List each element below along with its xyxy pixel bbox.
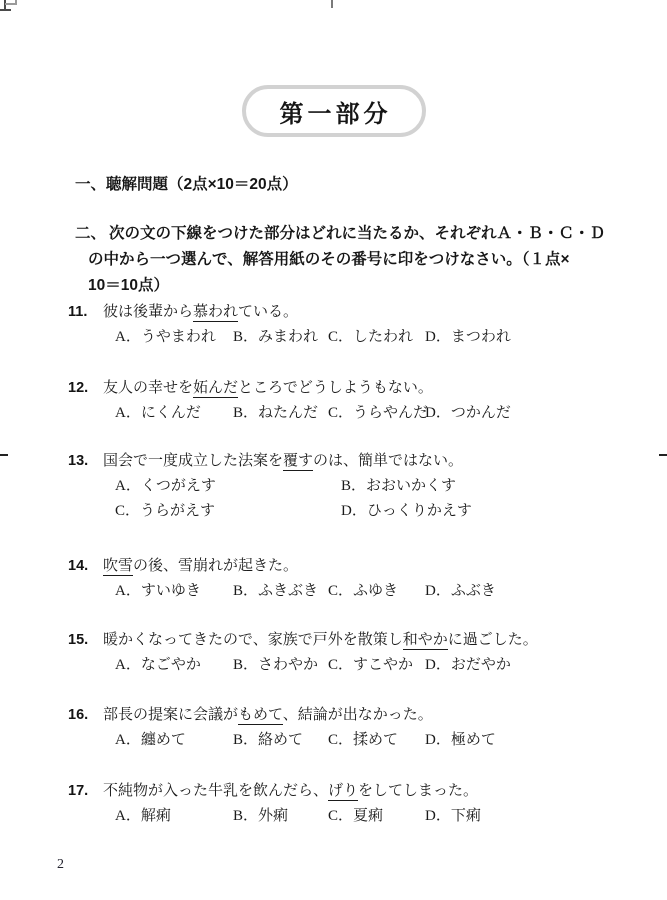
crop-mark-top-left bbox=[5, 3, 17, 5]
options-row: A．すいゆき B．ふきぶき C．ふゆき D．ふぶき bbox=[115, 579, 620, 604]
question-13: 13. 国会で一度成立した法案を覆すのは、簡単ではない。 A．くつがえす B．お… bbox=[68, 449, 620, 524]
option-a: A．なごやか bbox=[115, 653, 233, 678]
option-a: A．すいゆき bbox=[115, 579, 233, 604]
question-number: 11. bbox=[68, 300, 103, 325]
question-sentence: 国会で一度成立した法案を覆すのは、簡単ではない。 bbox=[103, 449, 463, 474]
instructions-line-2: の中から一つ選んで、解答用紙のその番号に印をつけなさい。（１点× bbox=[88, 247, 620, 273]
question-12: 12. 友人の幸せを妬んだところでどうしようもない。 A．にくんだ B．ねたんだ… bbox=[68, 376, 620, 426]
option-b: B．外痢 bbox=[233, 804, 328, 829]
question-15: 15. 暖かくなってきたので、家族で戸外を散策し和やかに過ごした。 A．なごやか… bbox=[68, 628, 620, 678]
underlined-term: もめて bbox=[238, 707, 283, 725]
option-a: A．纏めて bbox=[115, 728, 233, 753]
underlined-term: 覆す bbox=[283, 453, 313, 471]
question-sentence: 部長の提案に会議がもめて、結論が出なかった。 bbox=[103, 703, 433, 728]
option-c: C．ふゆき bbox=[328, 579, 425, 604]
section-two-marker: 二、 bbox=[75, 221, 106, 247]
option-b: B．さわやか bbox=[233, 653, 328, 678]
section-two-instructions: 二、 次の文の下線をつけた部分はどれに当たるか、それぞれＡ・Ｂ・Ｃ・Ｄ の中から… bbox=[75, 221, 620, 299]
section-one-heading: 一、聴解問題（2点×10＝20点） bbox=[75, 172, 298, 194]
question-number: 13. bbox=[68, 449, 103, 474]
underlined-term: げり bbox=[328, 783, 358, 801]
option-a: A．くつがえす bbox=[115, 474, 341, 499]
option-c: C．すこやか bbox=[328, 653, 425, 678]
question-sentence: 友人の幸せを妬んだところでどうしようもない。 bbox=[103, 376, 433, 401]
underlined-term: 慕われ bbox=[193, 304, 238, 322]
options-row: A．うやまわれ B．みまわれ C．したわれ D．まつわれ bbox=[115, 325, 620, 350]
question-sentence: 暖かくなってきたので、家族で戸外を散策し和やかに過ごした。 bbox=[103, 628, 538, 653]
page-number: 2 bbox=[57, 857, 64, 873]
question-sentence: 彼は後輩から慕われている。 bbox=[103, 300, 298, 325]
option-b: B．みまわれ bbox=[233, 325, 328, 350]
option-d: D．ふぶき bbox=[425, 579, 620, 604]
option-a: A．解痢 bbox=[115, 804, 233, 829]
option-a: A．うやまわれ bbox=[115, 325, 233, 350]
option-d: D．下痢 bbox=[425, 804, 620, 829]
question-number: 16. bbox=[68, 703, 103, 728]
option-a: A．にくんだ bbox=[115, 401, 233, 426]
option-b: B．ねたんだ bbox=[233, 401, 328, 426]
question-16: 16. 部長の提案に会議がもめて、結論が出なかった。 A．纏めて B．絡めて C… bbox=[68, 703, 620, 753]
underlined-term: 吹雪 bbox=[103, 558, 133, 576]
option-d: D．まつわれ bbox=[425, 325, 620, 350]
option-b: B．絡めて bbox=[233, 728, 328, 753]
question-11: 11. 彼は後輩から慕われている。 A．うやまわれ B．みまわれ C．したわれ … bbox=[68, 300, 620, 350]
underlined-term: 妬んだ bbox=[193, 380, 238, 398]
crop-mark-top-center bbox=[331, 0, 333, 8]
question-number: 17. bbox=[68, 779, 103, 804]
crop-mark-right-middle bbox=[659, 454, 667, 456]
options-row: A．解痢 B．外痢 C．夏痢 D．下痢 bbox=[115, 804, 620, 829]
instructions-line-1: 次の文の下線をつけた部分はどれに当たるか、それぞれＡ・Ｂ・Ｃ・Ｄ bbox=[88, 221, 620, 247]
crop-mark-top-left bbox=[0, 9, 11, 11]
question-14: 14. 吹雪の後、雪崩れが起きた。 A．すいゆき B．ふきぶき C．ふゆき D．… bbox=[68, 554, 620, 604]
underlined-term: 和やか bbox=[403, 632, 448, 650]
instructions-line-3: 10＝10点） bbox=[88, 273, 620, 299]
options-row: A．にくんだ B．ねたんだ C．うらやんだ D．つかんだ bbox=[115, 401, 620, 426]
option-d: D．つかんだ bbox=[425, 401, 620, 426]
options-grid: A．くつがえす B．おおいかくす C．うらがえす D．ひっくりかえす bbox=[115, 474, 620, 524]
option-b: B．ふきぶき bbox=[233, 579, 328, 604]
crop-mark-left-middle bbox=[0, 454, 8, 456]
part-title-box: 第一部分 bbox=[242, 85, 426, 137]
option-d: D．ひっくりかえす bbox=[341, 499, 620, 524]
option-c: C．したわれ bbox=[328, 325, 425, 350]
question-number: 14. bbox=[68, 554, 103, 579]
option-c: C．うらがえす bbox=[115, 499, 341, 524]
options-row: A．纏めて B．絡めて C．揉めて D．極めて bbox=[115, 728, 620, 753]
question-sentence: 不純物が入った牛乳を飲んだら、げりをしてしまった。 bbox=[103, 779, 478, 804]
option-c: C．うらやんだ bbox=[328, 401, 425, 426]
option-c: C．揉めて bbox=[328, 728, 425, 753]
option-d: D．極めて bbox=[425, 728, 620, 753]
question-sentence: 吹雪の後、雪崩れが起きた。 bbox=[103, 554, 298, 579]
option-c: C．夏痢 bbox=[328, 804, 425, 829]
option-b: B．おおいかくす bbox=[341, 474, 620, 499]
option-d: D．おだやか bbox=[425, 653, 620, 678]
part-title: 第一部分 bbox=[276, 94, 392, 129]
question-number: 12. bbox=[68, 376, 103, 401]
exam-page: 第一部分 一、聴解問題（2点×10＝20点） 二、 次の文の下線をつけた部分はど… bbox=[0, 0, 667, 900]
question-17: 17. 不純物が入った牛乳を飲んだら、げりをしてしまった。 A．解痢 B．外痢 … bbox=[68, 779, 620, 829]
options-row: A．なごやか B．さわやか C．すこやか D．おだやか bbox=[115, 653, 620, 678]
question-number: 15. bbox=[68, 628, 103, 653]
